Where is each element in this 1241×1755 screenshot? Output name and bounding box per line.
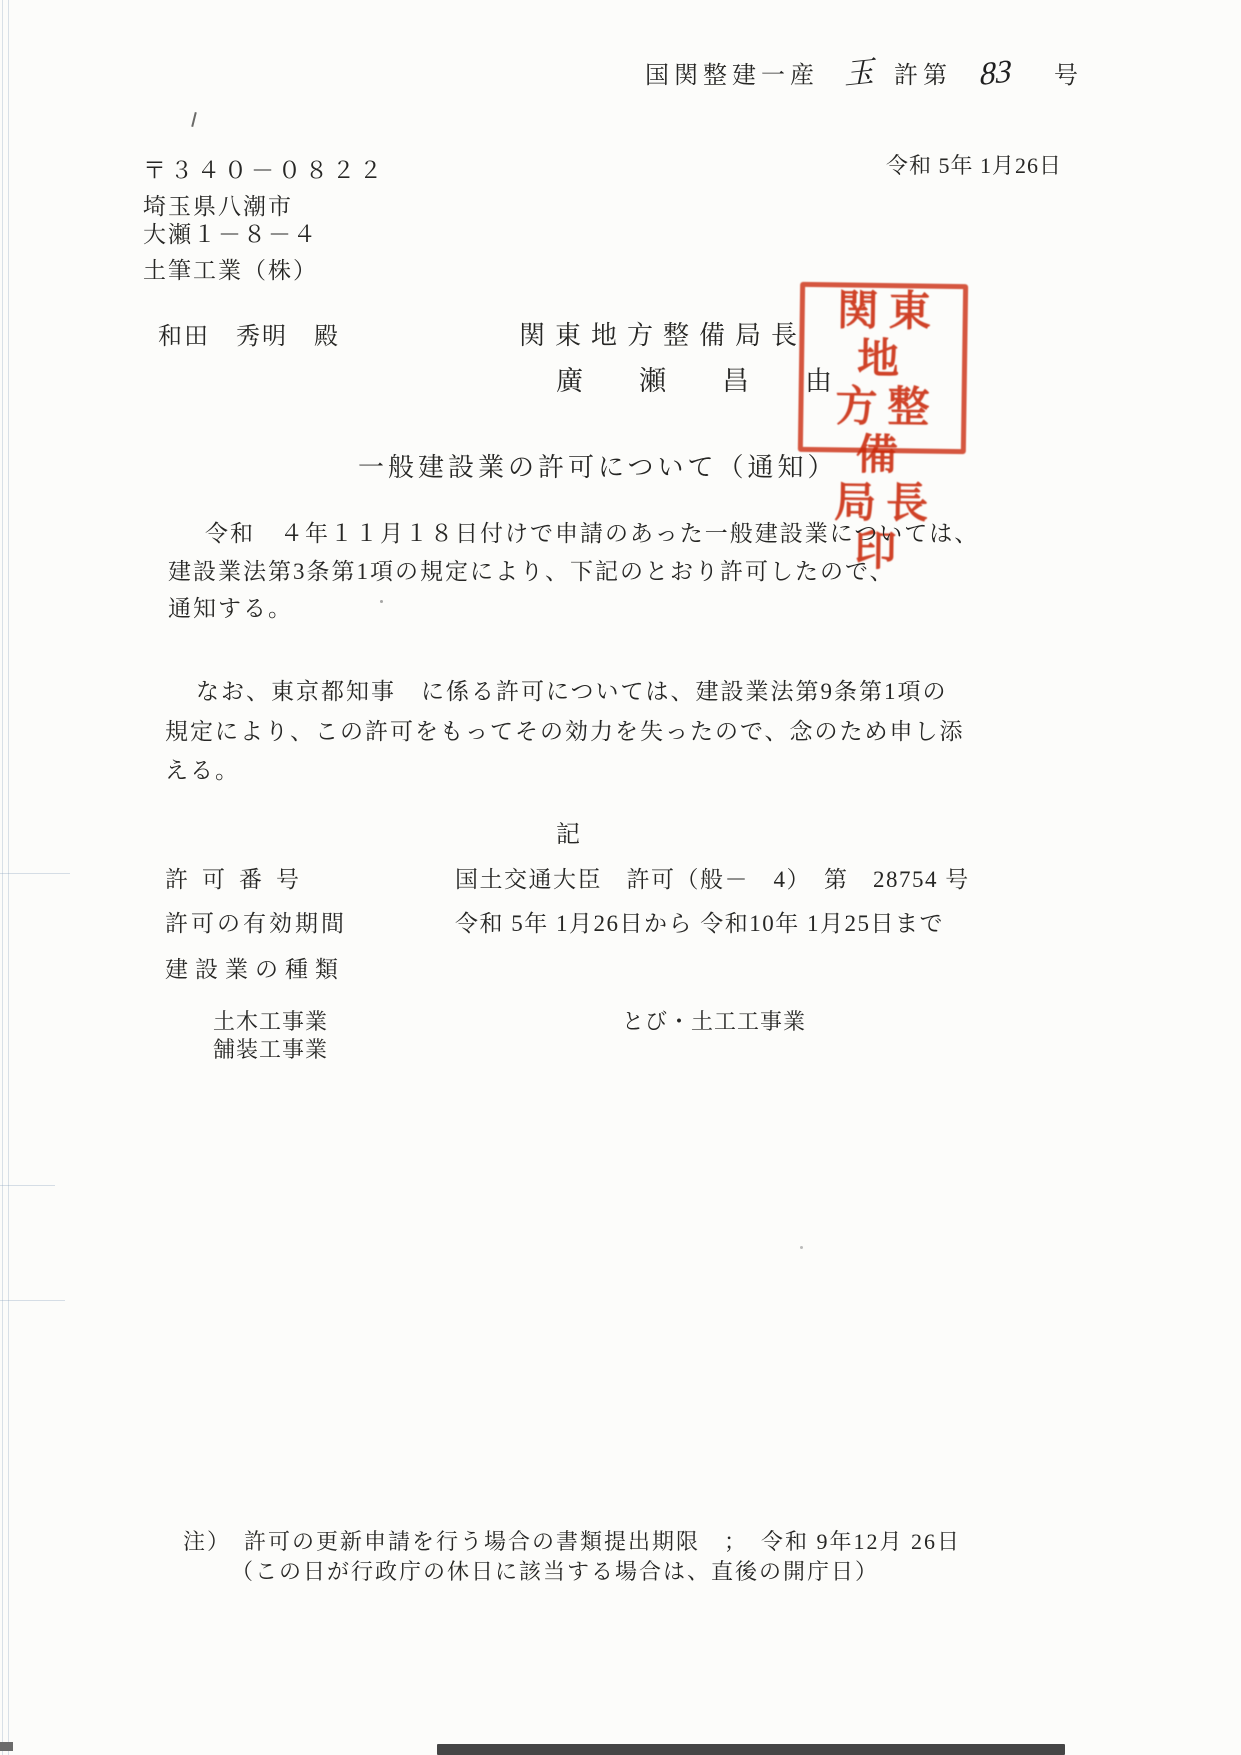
scan-line-artifact xyxy=(2,0,3,1755)
scanned-permit-letter: 国関整建一産 玉 許第 83 号 令和 5年 1月26日 〒３４０－０８２２ 埼… xyxy=(0,0,1241,1755)
sender-title: 関東地方整備局長 xyxy=(519,320,807,353)
validity-period-value: 令和 5年 1月26日から 令和10年 1月25日まで xyxy=(455,910,944,939)
recipient-postal-code: 〒３４０－０８２２ xyxy=(143,157,386,186)
license-type: とび・土工工事業 xyxy=(622,1008,806,1036)
ref-prefix: 国関整建一産 xyxy=(645,61,819,91)
reference-number: 国関整建一産 玉 許第 83 号 xyxy=(645,52,1078,93)
scan-speck xyxy=(800,1246,803,1249)
body-paragraph1-line: 建設業法第3条第1項の規定により、下記のとおり許可したので、 xyxy=(168,558,895,587)
scan-line-artifact xyxy=(0,1300,65,1301)
business-type-label: 建設業の種類 xyxy=(165,956,345,985)
scan-line-artifact xyxy=(0,1185,55,1186)
ref-office-handwritten: 玉 xyxy=(843,53,874,94)
scan-speck xyxy=(380,600,383,603)
details-heading: 記 xyxy=(556,820,580,850)
issue-date: 令和 5年 1月26日 xyxy=(886,152,1062,180)
ref-suffix: 号 xyxy=(1054,61,1078,91)
recipient-address-line2: 大瀬１－８－４ xyxy=(143,221,318,250)
body-paragraph2-line: なお、東京都知事 に係る許可については、建設業法第9条第1項の xyxy=(196,678,948,707)
seal-text-row: 関東地 xyxy=(804,287,963,385)
scan-footer-band xyxy=(437,1744,1065,1755)
scan-fold-mark xyxy=(191,112,197,127)
body-paragraph2-line: える。 xyxy=(165,757,240,786)
scan-footer-mark xyxy=(0,1742,13,1751)
official-red-seal: 関東地 方整備 局長印 xyxy=(798,282,968,454)
subject-title: 一般建設業の許可について（通知） xyxy=(358,452,837,485)
ref-number-handwritten: 83 xyxy=(980,50,1012,94)
recipient-address-line1: 埼玉県八潮市 xyxy=(143,193,293,222)
scan-line-artifact xyxy=(8,0,9,1755)
renewal-note-line1: 注） 許可の更新申請を行う場合の書類提出期限 ； 令和 9年12月 26日 xyxy=(183,1528,961,1556)
body-paragraph2-line: 規定により、この許可をもってその効力を失ったので、念のため申し添 xyxy=(165,718,965,747)
license-type: 土木工事業 xyxy=(213,1008,328,1036)
license-type: 舗装工事業 xyxy=(213,1036,328,1064)
ref-middle: 許第 xyxy=(894,61,952,91)
scan-line-artifact xyxy=(0,873,70,874)
body-paragraph1-line: 通知する。 xyxy=(168,595,293,624)
permit-number-value: 国土交通大臣 許可（般－ 4） 第 28754 号 xyxy=(455,866,970,895)
permit-number-label: 許可番号 xyxy=(165,866,313,895)
renewal-note-line2: （この日が行政庁の休日に該当する場合は、直後の開庁日） xyxy=(231,1558,879,1586)
recipient-addressee: 和田 秀明 殿 xyxy=(158,322,340,352)
validity-period-label: 許可の有効期間 xyxy=(165,910,347,939)
recipient-company: 土筆工業（株） xyxy=(143,257,318,286)
body-paragraph1-line: 令和 ４年１１月１８日付けで申請のあった一般建設業については、 xyxy=(205,520,979,549)
